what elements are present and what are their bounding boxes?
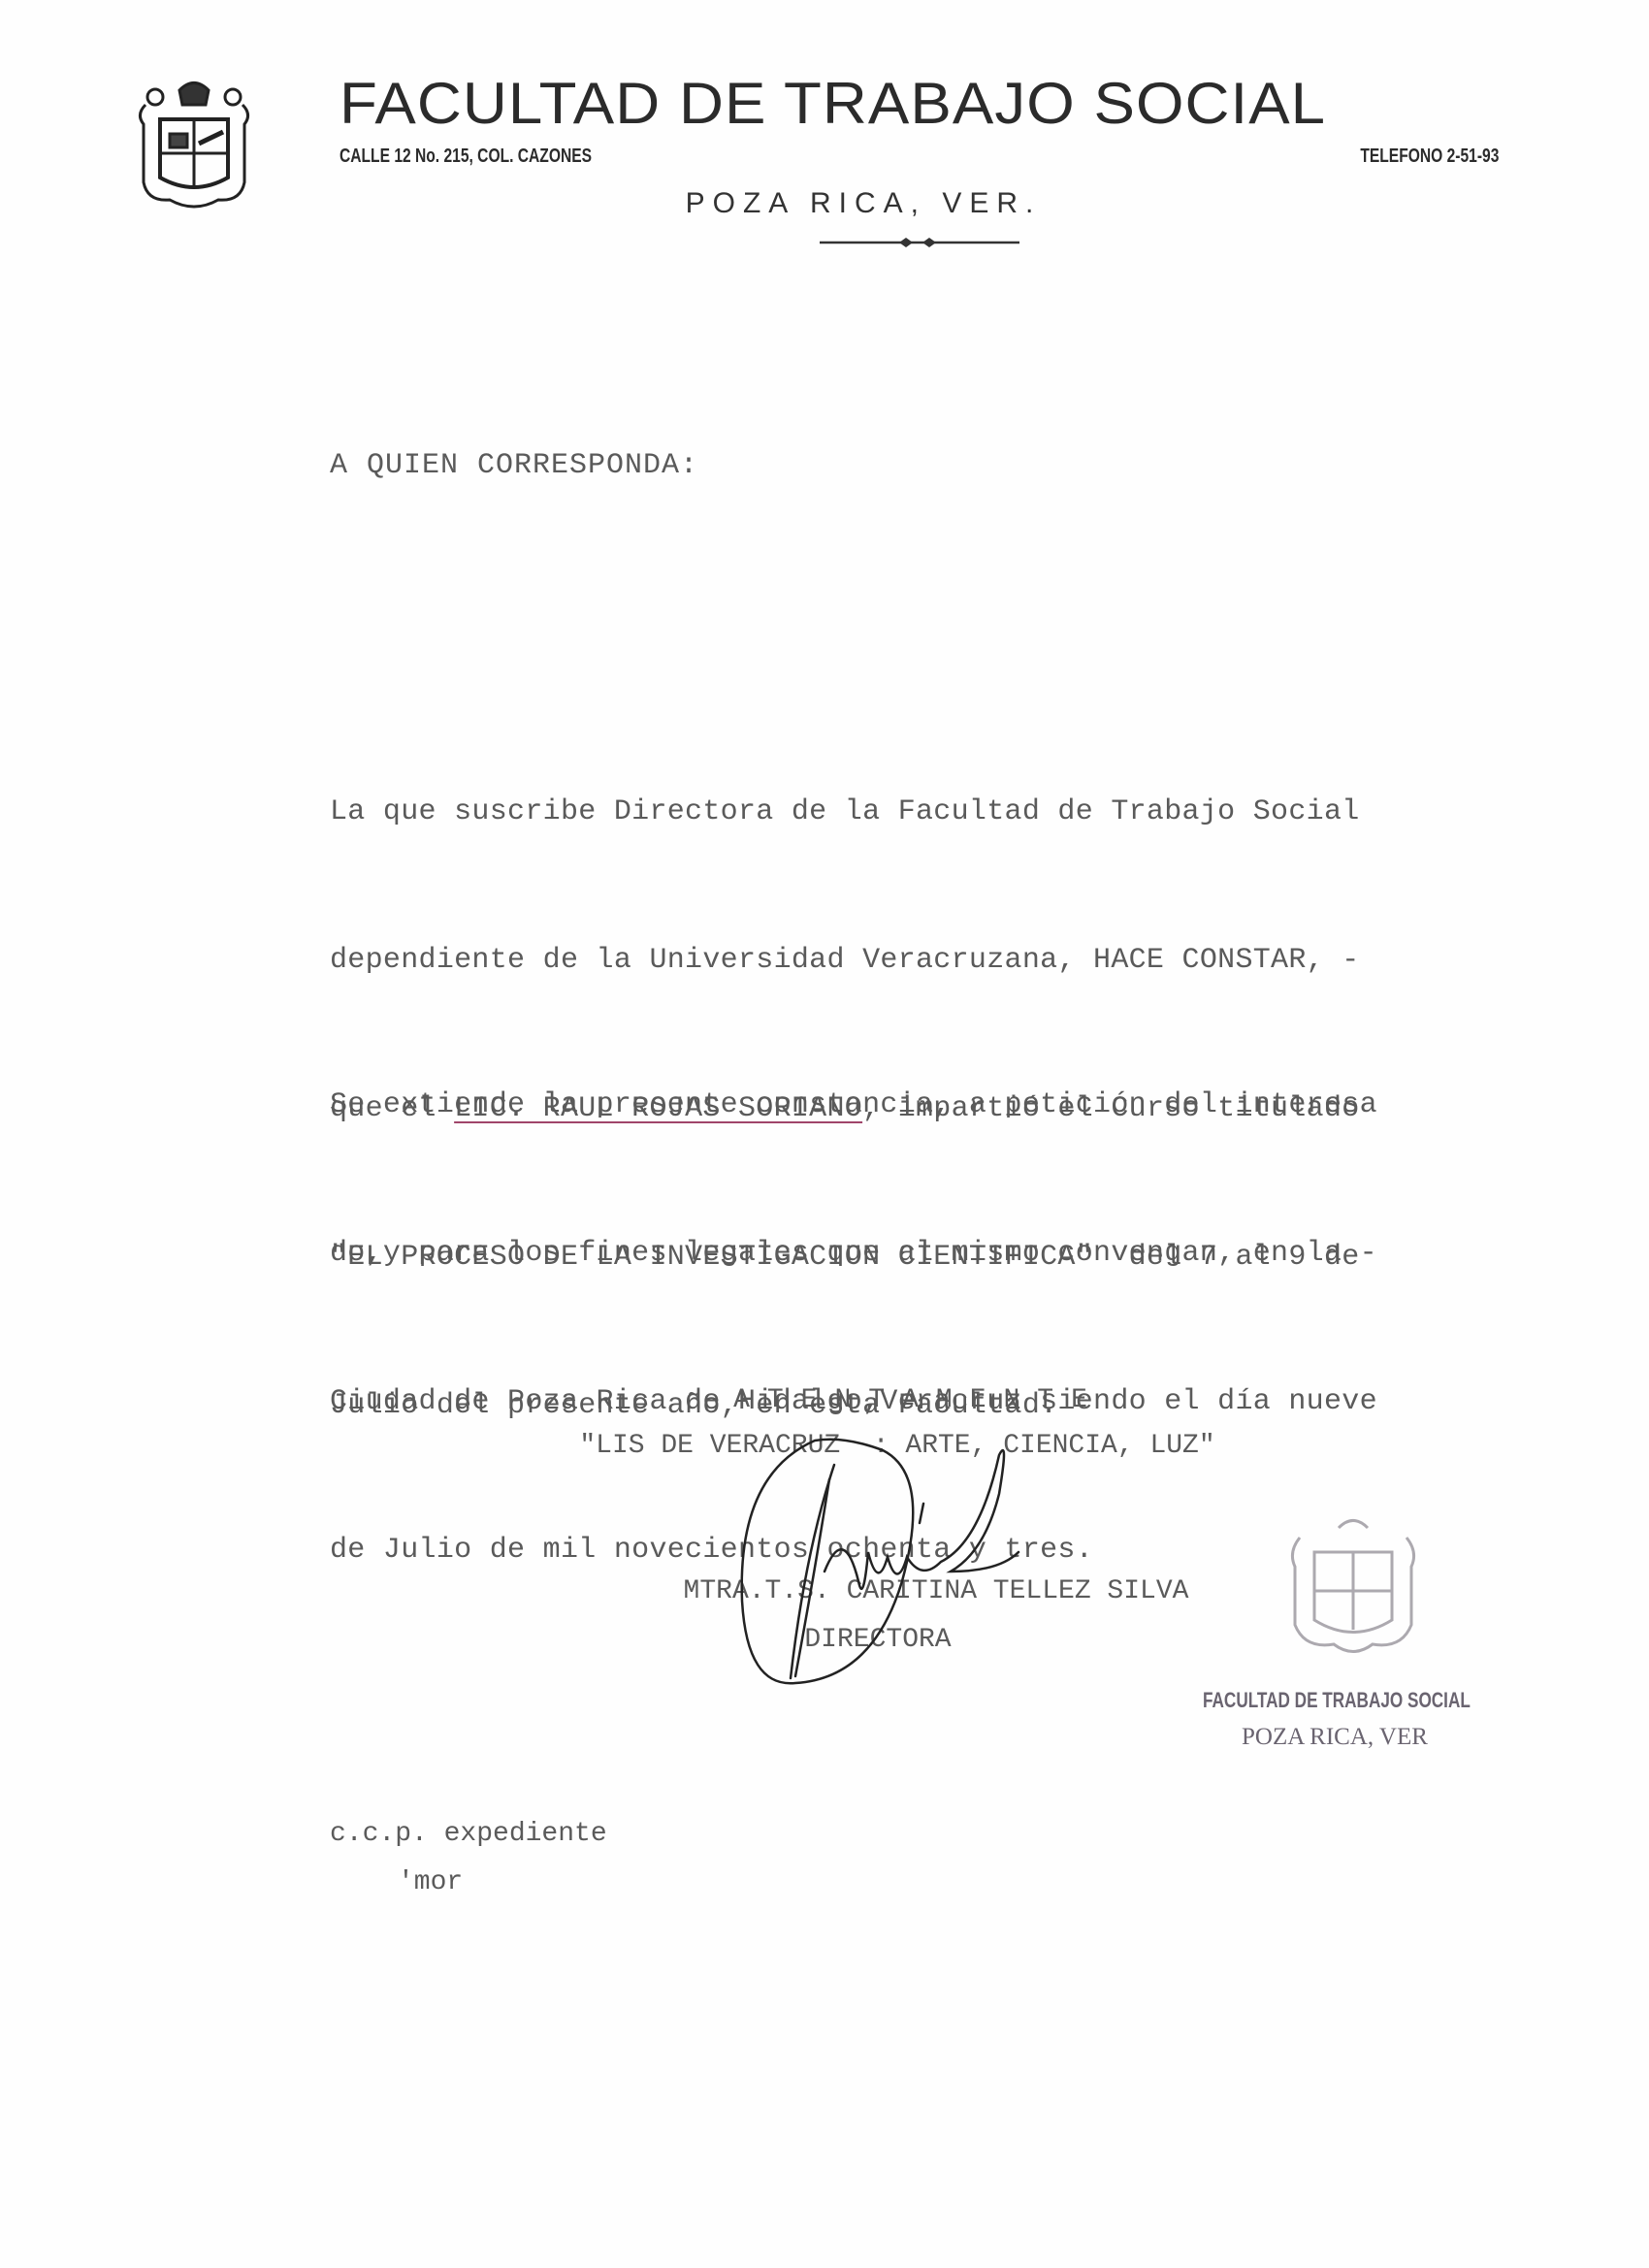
salutation: A QUIEN CORRESPONDA: xyxy=(330,441,698,491)
institution-name: FACULTAD DE TRABAJO SOCIAL xyxy=(339,70,1326,137)
signature-icon xyxy=(708,1436,1212,1707)
ornamental-divider xyxy=(818,237,1021,248)
carbon-copy-note: c.c.p. expediente xyxy=(330,1809,607,1859)
document-page: FACULTAD DE TRABAJO SOCIAL CALLE 12 No. … xyxy=(0,0,1649,2268)
institution-address: CALLE 12 No. 215, COL. CAZONES xyxy=(339,146,592,168)
closing-atentamente: ATENTAMENTE xyxy=(0,1376,1649,1425)
paragraph-line: Se extiende la presente constancia, a pe… xyxy=(330,1081,1377,1130)
typist-initials: 'mor xyxy=(398,1858,463,1907)
paragraph-line: do,y para los fines legales que al mismo… xyxy=(330,1229,1377,1279)
paragraph-line: La que suscribe Directora de la Facultad… xyxy=(330,788,1360,837)
paragraph-line: dependiente de la Universidad Veracruzan… xyxy=(330,936,1360,986)
stamp-institution: FACULTAD DE TRABAJO SOCIAL xyxy=(1203,1688,1471,1713)
official-stamp-icon xyxy=(1280,1508,1426,1664)
institution-city: POZA RICA, VER. xyxy=(0,187,1649,220)
institution-phone: TELEFONO 2-51-93 xyxy=(1360,146,1499,168)
stamp-city: POZA RICA, VER xyxy=(1242,1724,1428,1751)
